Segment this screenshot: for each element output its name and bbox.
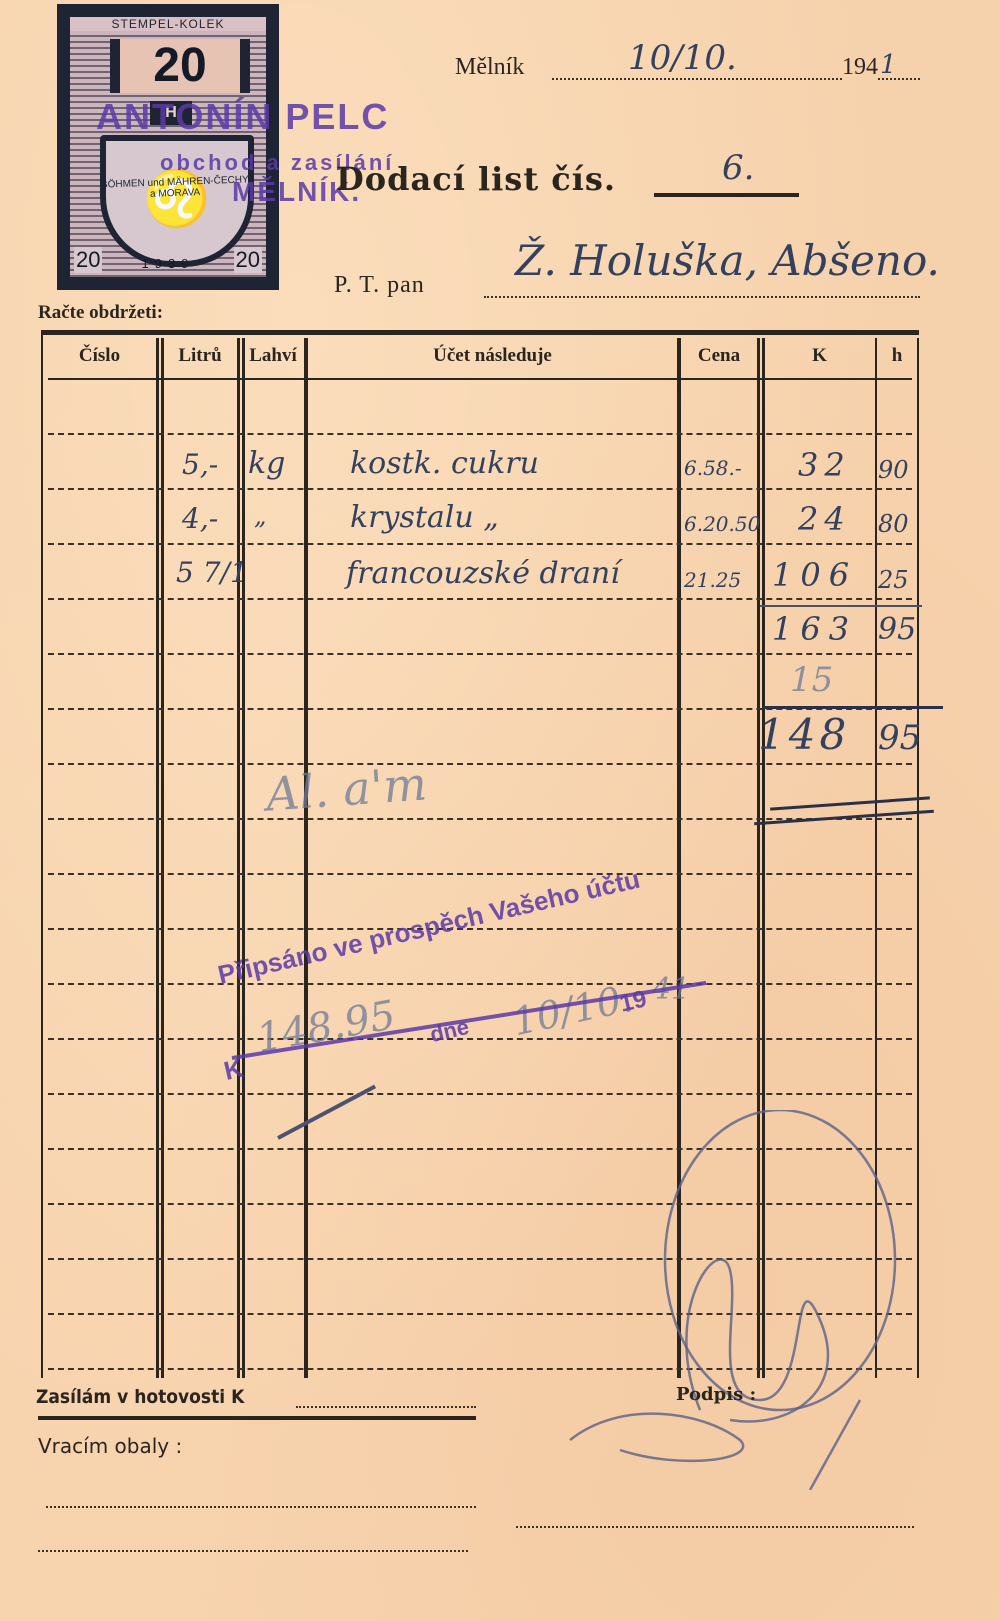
recipient-handwritten: Ž. Holuška, Abšeno. (515, 236, 940, 285)
date-handwritten: 10/10. (628, 38, 737, 78)
signature-line (516, 1526, 914, 1528)
row-line (48, 598, 912, 600)
stamp-header: STEMPEL-KOLEK (70, 17, 266, 31)
number-underline (654, 193, 799, 197)
header-bottom-rule (48, 378, 912, 380)
row-line (48, 873, 912, 875)
column-header-cena: Cena (681, 338, 757, 374)
row-line (48, 543, 912, 545)
subtotal-h: 95 (878, 612, 916, 647)
cell-lahvi: „ (254, 502, 266, 530)
cell-ucet: krystalu „ (350, 500, 499, 535)
table-top-rule (41, 330, 919, 335)
year-handwritten: 1 (880, 50, 897, 80)
total-double-underline-1 (770, 796, 930, 810)
cell-ucet: francouzské draní (346, 556, 620, 591)
stamp-corner-left: 20 (74, 247, 102, 273)
cell-lahvi: kg (248, 446, 285, 481)
row-line (48, 983, 912, 985)
date-line (552, 78, 842, 80)
column-header-k: K (764, 338, 875, 374)
cash-label: Zasílám v hotovosti K (36, 1386, 244, 1408)
cash-rule (38, 1416, 476, 1420)
year-printed: 194 (842, 54, 878, 81)
returns-line-2 (38, 1550, 468, 1552)
recipient-line (484, 296, 920, 298)
year-line (878, 78, 920, 80)
signature-label: Podpis : (676, 1384, 756, 1405)
col-divider-litru (237, 338, 240, 1378)
sum-rule (760, 605, 922, 607)
cell-ucet: kostk. cukru (350, 446, 539, 481)
receive-label: Račte obdržeti: (38, 302, 163, 324)
deduction-k: 15 (790, 660, 833, 700)
cell-h: 90 (878, 456, 909, 484)
total-h: 95 (878, 718, 921, 758)
document-title: Dodací list čís. (336, 160, 616, 198)
pencil-note: Al. a'm (264, 756, 428, 821)
row-line (48, 1093, 912, 1095)
cell-litru: 5 7/1 (176, 556, 248, 589)
total-k: 148 (758, 710, 850, 759)
row-line (48, 653, 912, 655)
cell-k: 106 (772, 556, 857, 594)
returns-label: Vracím obaly : (38, 1434, 182, 1458)
col-divider-cislo (156, 338, 159, 1378)
column-header-cislo: Číslo (43, 338, 156, 374)
cell-h: 25 (878, 566, 909, 594)
row-line (48, 433, 912, 435)
row-line (48, 763, 912, 765)
cell-cena: 6.58.- (684, 456, 742, 480)
company-stamp-name: ANTONÍN PELC (96, 96, 389, 138)
deduction-rule (763, 706, 943, 709)
column-header-ucet: Účet následuje (308, 338, 677, 374)
returns-line-1 (46, 1506, 476, 1508)
cell-cena: 6.20.50 (684, 512, 760, 536)
subtotal-k: 163 (772, 610, 857, 648)
row-line (48, 1038, 912, 1040)
cell-litru: 5,- (182, 448, 218, 481)
row-line (48, 488, 912, 490)
cell-k: 24 (798, 500, 851, 538)
cash-amount-line (296, 1406, 476, 1408)
stamp-corner-right: 20 (234, 247, 262, 273)
table-left-border (41, 335, 43, 1378)
cell-k: 32 (798, 446, 851, 484)
column-header-litru: Litrů (163, 338, 237, 374)
revenue-stamp: STEMPEL-KOLEK 20 H ♌ BÖHMEN und MÄHREN-Č… (57, 4, 279, 290)
place-label: Mělník (455, 54, 524, 81)
signature-scribble-icon (560, 1110, 920, 1490)
col-divider-lahvi (304, 338, 308, 1378)
recipient-label: P. T. pan (334, 272, 425, 299)
column-header-lahvi: Lahví (242, 338, 304, 374)
column-header-h: h (877, 338, 917, 374)
cell-litru: 4,- (182, 502, 218, 535)
document-number: 6. (722, 148, 754, 188)
cell-cena: 21.25 (684, 568, 741, 592)
stamp-value: 20 (110, 39, 250, 93)
stamp-year: 1939 (132, 256, 204, 271)
cell-h: 80 (878, 510, 909, 538)
